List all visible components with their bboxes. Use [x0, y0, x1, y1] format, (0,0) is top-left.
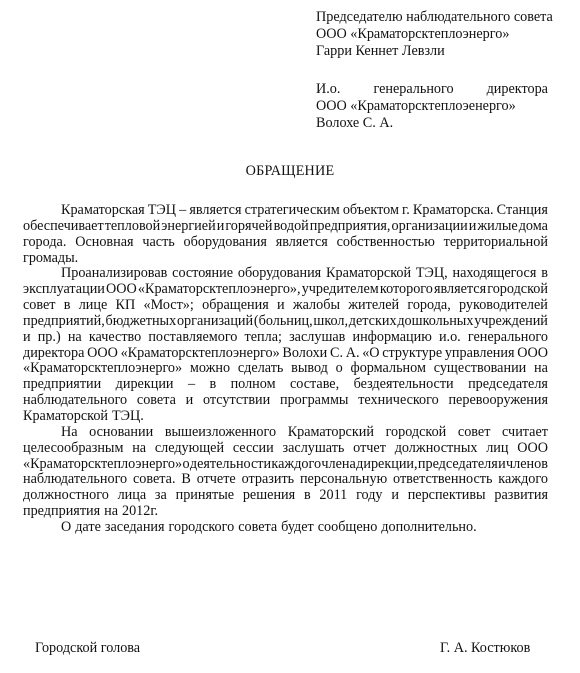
- word: перспективы: [408, 488, 486, 504]
- word: совета: [238, 520, 277, 536]
- word: Краматорская: [61, 203, 145, 219]
- word: сессии: [233, 441, 274, 457]
- word: дошкольных: [397, 314, 473, 330]
- word: существовании: [434, 361, 527, 377]
- paragraph: ПроанализировавсостояниеоборудованияКрам…: [23, 266, 548, 424]
- word: тепла;: [245, 330, 282, 346]
- word: вывод: [291, 361, 328, 377]
- word: Основная: [75, 235, 133, 251]
- word: заслушать: [283, 441, 345, 457]
- addressee-word: генерального: [373, 81, 453, 98]
- word: обеспечивает: [23, 219, 104, 235]
- word: дирекции,: [356, 457, 417, 473]
- word: КП: [116, 298, 136, 314]
- word: городского: [169, 520, 235, 536]
- word: структуре: [382, 346, 442, 362]
- addressee-line: ООО «Краматорсктеплоэенерго»: [316, 98, 548, 115]
- word: программы: [280, 393, 348, 409]
- word: часть: [142, 235, 174, 251]
- word: отразить: [242, 472, 295, 488]
- text-line: предприятияна2012г.: [23, 504, 548, 520]
- paragraph: Одатезаседаниягородскогосоветабудетсообщ…: [23, 520, 548, 536]
- word: «Краматорсктеплоэнерго»,: [138, 282, 301, 298]
- word: полном: [231, 377, 276, 393]
- signature-position: Городской голова: [35, 640, 140, 657]
- word: которого: [380, 282, 433, 298]
- word: управления: [445, 346, 515, 362]
- text-line: «Краматорсктеплоэнерго»можносделатьвывод…: [23, 361, 548, 377]
- word: ООО: [106, 282, 137, 298]
- word: качество: [89, 330, 141, 346]
- word: городской: [386, 425, 447, 441]
- word: энергией: [161, 219, 215, 235]
- addressee-line: Волохе С. А.: [316, 115, 548, 132]
- word: совета: [137, 393, 176, 409]
- word: Краматорский: [288, 425, 374, 441]
- word: предприятия,: [310, 219, 391, 235]
- word: заседания: [105, 520, 165, 536]
- word: города,: [407, 298, 450, 314]
- signature-name: Г. А. Костюков: [440, 640, 530, 657]
- text-line: должностноголицазапринятыерешенияв2011го…: [23, 488, 548, 504]
- word: жителей: [348, 298, 399, 314]
- word: громады.: [23, 251, 78, 267]
- word: персональную: [300, 472, 387, 488]
- word: информацию: [353, 330, 432, 346]
- word: каждого: [271, 457, 321, 473]
- word: дате: [75, 520, 101, 536]
- word: отчет: [353, 441, 386, 457]
- word: организаций: [177, 314, 253, 330]
- word: предприятии: [23, 377, 101, 393]
- word: «Краматорсктеплоэнерго»: [121, 346, 280, 362]
- word: является: [276, 235, 328, 251]
- word: ООО: [517, 441, 548, 457]
- word: развития: [494, 488, 548, 504]
- word: тепловой: [105, 219, 161, 235]
- word: эксплуатации: [23, 282, 105, 298]
- word: детских: [349, 314, 397, 330]
- word: в: [209, 377, 216, 393]
- word: Краматорской: [23, 409, 108, 425]
- word: перевооружения: [448, 393, 548, 409]
- word: членов: [506, 457, 548, 473]
- addressee-line: И.о. генерального директора: [316, 81, 548, 98]
- word: и: [23, 330, 31, 346]
- word: является: [189, 203, 241, 219]
- word: пр.): [38, 330, 61, 346]
- word: сообщено: [318, 520, 378, 536]
- text-line: «Краматорсктеплоэнерго»одеятельностикажд…: [23, 457, 548, 473]
- word: бюджетных: [106, 314, 177, 330]
- word: стратегическим: [245, 203, 340, 219]
- word: лиц: [486, 441, 508, 457]
- word: наблюдательного: [23, 472, 127, 488]
- paragraph: КраматорскаяТЭЦ–являетсястратегическимоб…: [23, 203, 548, 266]
- word: в: [64, 298, 71, 314]
- spacer: [316, 60, 548, 81]
- word: будет: [281, 520, 314, 536]
- word: лица: [118, 488, 147, 504]
- addressee-word: И.о.: [316, 81, 340, 98]
- word: школ,: [313, 314, 348, 330]
- text-line: предприятиидирекции–вполномсоставе,безде…: [23, 377, 548, 393]
- word: и: [498, 457, 506, 473]
- word: обращения: [202, 298, 269, 314]
- text-line: города.Основнаячастьоборудованияявляется…: [23, 235, 548, 251]
- addressee-word: директора: [487, 81, 548, 98]
- word: и: [469, 219, 477, 235]
- word: ТЭЦ.: [112, 409, 144, 425]
- text-line: ипр.)накачествопоставляемоготепла;заслуш…: [23, 330, 548, 346]
- word: за: [155, 488, 167, 504]
- word: целесообразным: [23, 441, 123, 457]
- word: члена: [321, 457, 355, 473]
- text-line: Одатезаседаниягородскогосоветабудетсообщ…: [23, 520, 548, 536]
- word: «О: [362, 346, 379, 362]
- word: –: [179, 203, 186, 219]
- word: территориальной: [444, 235, 548, 251]
- word: В: [181, 472, 190, 488]
- text-line: наблюдательногосовета.Вотчетеотразитьпер…: [23, 472, 548, 488]
- word: можно: [190, 361, 230, 377]
- word: учредителем: [302, 282, 379, 298]
- word: в: [304, 488, 311, 504]
- word: находящегося: [453, 266, 537, 282]
- word: С.: [330, 346, 343, 362]
- word: на: [534, 361, 548, 377]
- word: города.: [23, 235, 66, 251]
- text-line: советвлицеКП«Мост»;обращенияижалобыжител…: [23, 298, 548, 314]
- word: ООО: [87, 346, 118, 362]
- word: на: [68, 330, 82, 346]
- word: ответственность: [393, 472, 492, 488]
- word: оборудования: [238, 266, 321, 282]
- word: и: [186, 393, 194, 409]
- word: Проанализировав: [61, 266, 167, 282]
- word: заслушав: [289, 330, 345, 346]
- word: «Краматорсктеплоэнерго»: [23, 457, 182, 473]
- word: дирекции: [116, 377, 174, 393]
- word: совет: [458, 425, 491, 441]
- word: Краматорска.: [413, 203, 494, 219]
- word: каждого: [498, 472, 548, 488]
- paragraph: НаоснованиивышеизложенногоКраматорскийго…: [23, 425, 548, 520]
- word: А.: [346, 346, 360, 362]
- word: формальном: [351, 361, 426, 377]
- word: Волохи: [282, 346, 327, 362]
- word: 2012г.: [122, 504, 158, 520]
- word: ТЭЦ,: [416, 266, 448, 282]
- word: совет: [23, 298, 56, 314]
- word: и.о.: [439, 330, 461, 346]
- word: наблюдательного: [23, 393, 127, 409]
- word: «Краматорсктеплоэнерго»: [23, 361, 182, 377]
- word: генерального: [468, 330, 548, 346]
- word: принятые: [176, 488, 234, 504]
- word: г.: [402, 203, 410, 219]
- word: совета.: [133, 472, 176, 488]
- word: дома: [519, 219, 548, 235]
- addressee-line: ООО «Краматорсктеплоэнерго»: [316, 26, 548, 43]
- word: предприятия: [23, 504, 100, 520]
- text-line: КраматорскаяТЭЦ–являетсястратегическимоб…: [23, 203, 548, 219]
- word: на: [104, 504, 118, 520]
- word: организации: [392, 219, 468, 235]
- word: технического: [358, 393, 439, 409]
- word: отсутствии: [203, 393, 270, 409]
- word: сделать: [238, 361, 284, 377]
- word: жалобы: [293, 298, 340, 314]
- text-line: НаоснованиивышеизложенногоКраматорскийго…: [23, 425, 548, 441]
- word: Краматорской: [326, 266, 411, 282]
- word: Станция: [497, 203, 548, 219]
- word: объектом: [343, 203, 399, 219]
- word: должностного: [23, 488, 109, 504]
- text-line: предприятий,бюджетныхорганизаций(больниц…: [23, 314, 548, 330]
- addressee-line: Гарри Кеннет Левзли: [316, 43, 548, 60]
- word: собственностью: [337, 235, 435, 251]
- word: горячей: [225, 219, 272, 235]
- word: 2011: [319, 488, 347, 504]
- addressee-block: Председателю наблюдательного совета ООО …: [316, 9, 548, 132]
- document-title: ОБРАЩЕНИЕ: [0, 163, 580, 180]
- word: состояние: [172, 266, 233, 282]
- word: и: [217, 219, 225, 235]
- text-line: директораООО«Краматорсктеплоэнерго»Волох…: [23, 346, 548, 362]
- word: должностных: [395, 441, 478, 457]
- word: предприятий,: [23, 314, 105, 330]
- text-line: КраматорскойТЭЦ.: [23, 409, 548, 425]
- word: жилые: [477, 219, 517, 235]
- word: году: [356, 488, 382, 504]
- word: и: [277, 298, 285, 314]
- word: составе,: [290, 377, 339, 393]
- word: ТЭЦ: [148, 203, 176, 219]
- word: вышеизложенного: [165, 425, 276, 441]
- word: лице: [79, 298, 108, 314]
- word: городской: [487, 282, 548, 298]
- word: в: [541, 266, 548, 282]
- word: поставляемого: [148, 330, 237, 346]
- word: На: [61, 425, 78, 441]
- text-line: наблюдательногосоветаиотсутствиипрограмм…: [23, 393, 548, 409]
- word: председателя: [468, 377, 548, 393]
- word: председателя: [418, 457, 498, 473]
- word: (больниц,: [254, 314, 313, 330]
- word: бездеятельности: [354, 377, 454, 393]
- text-line: громады.: [23, 251, 548, 267]
- word: руководителей: [459, 298, 548, 314]
- word: является: [434, 282, 486, 298]
- word: отчете: [197, 472, 236, 488]
- word: считает: [502, 425, 548, 441]
- document-body: КраматорскаяТЭЦ–являетсястратегическимоб…: [23, 203, 548, 536]
- word: ООО: [517, 346, 548, 362]
- text-line: обеспечиваеттепловойэнергиейигорячейводо…: [23, 219, 548, 235]
- word: и: [391, 488, 399, 504]
- word: следующей: [155, 441, 224, 457]
- word: директора: [23, 346, 84, 362]
- word: решения: [243, 488, 295, 504]
- word: на: [132, 441, 146, 457]
- addressee-line: Председателю наблюдательного совета: [316, 9, 548, 26]
- word: «Мост»;: [144, 298, 194, 314]
- word: основании: [89, 425, 153, 441]
- text-line: целесообразнымнаследующейсессиизаслушать…: [23, 441, 548, 457]
- text-line: ПроанализировавсостояниеоборудованияКрам…: [23, 266, 548, 282]
- word: дополнительно.: [381, 520, 476, 536]
- word: деятельности: [190, 457, 271, 473]
- word: оборудования: [184, 235, 267, 251]
- word: водой: [274, 219, 309, 235]
- word: о: [336, 361, 343, 377]
- word: учреждений: [474, 314, 548, 330]
- word: о: [182, 457, 189, 473]
- word: –: [188, 377, 195, 393]
- word: О: [61, 520, 71, 536]
- text-line: эксплуатацииООО«Краматорсктеплоэнерго»,у…: [23, 282, 548, 298]
